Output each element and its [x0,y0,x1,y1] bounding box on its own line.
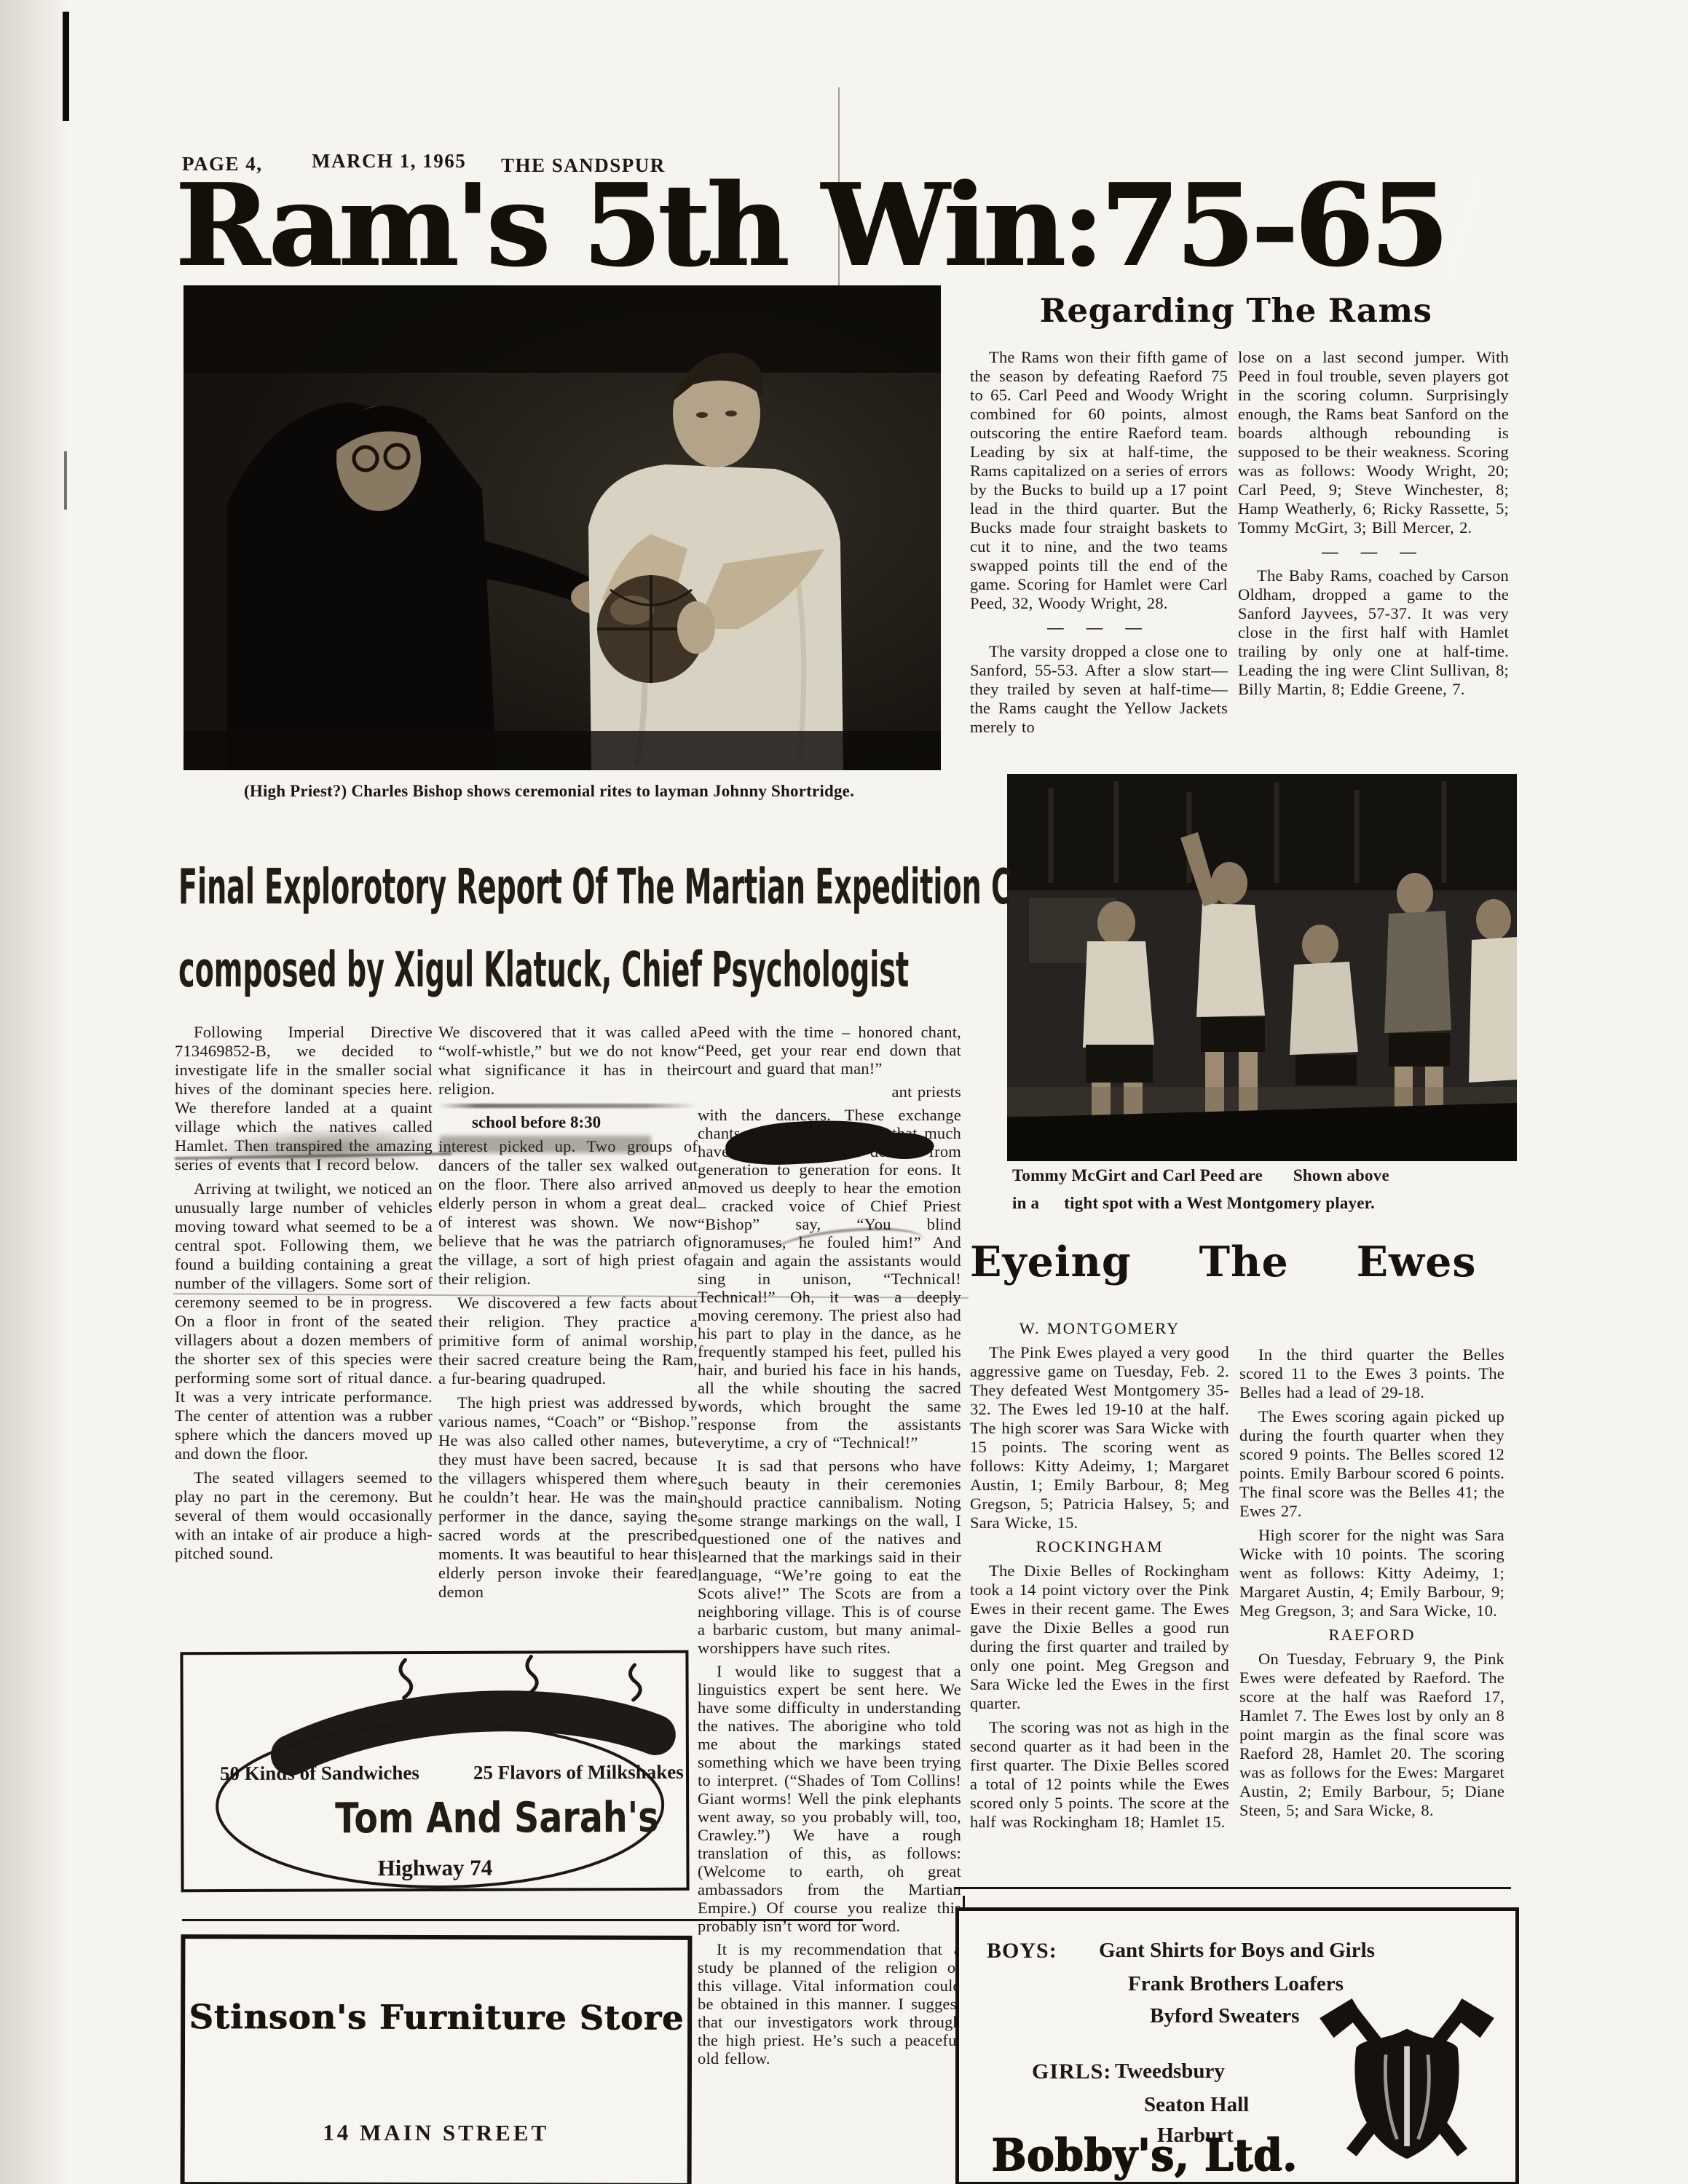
article-paragraph: The seated villagers seemed to play no p… [175,1468,433,1563]
ink-smudge [205,1123,446,1172]
ceremony-photo-caption: (High Priest?) Charles Bishop shows cere… [244,780,885,802]
article-paragraph: I would like to suggest that a linguisti… [698,1662,961,1935]
article-paragraph: It is sad that persons who have such bea… [698,1457,961,1657]
article-paragraph: On Tuesday, February 9, the Pink Ewes we… [1239,1650,1504,1820]
article-paragraph: lose on a last second jumper. With Peed … [1238,348,1509,537]
ink-smudge [440,1136,651,1153]
ceremony-photo-art [184,285,941,770]
inserted-note: school before 8:30 [438,1113,698,1132]
subhead-montgomery: W. MONTGOMERY [970,1319,1229,1338]
article-paragraph: The high priest was addressed by various… [438,1393,698,1602]
subhead-raeford: RAEFORD [1239,1626,1504,1645]
article-paragraph: The varsity dropped a close one to Sanfo… [970,642,1228,737]
article-paragraph: The scoring was not as high in the secon… [970,1718,1229,1832]
left-edge-shading [0,0,69,2184]
ink-smudge-rule [438,1104,698,1108]
scan-edge-mark [63,12,69,121]
stinsons-address: 14 MAIN STREET [185,2119,687,2147]
ewes-column-a: W. MONTGOMERY The Pink Ewes played a ver… [970,1319,1229,1837]
section-separator: — — — [970,618,1228,637]
martian-column-2: We discovered that it was called a “wolf… [438,1023,698,1607]
section-separator: — — — [1238,542,1509,561]
article-paragraph: The Pink Ewes played a very good aggress… [970,1343,1229,1532]
sandwiches-tagline: 50 Kinds of Sandwiches [220,1762,419,1785]
stinsons-furniture-ad: Stinson's Furniture Store 14 MAIN STREET [181,1934,693,2184]
basketball-photo-caption: Tommy McGirt and Carl Peed are Shown abo… [1012,1165,1522,1214]
smudged-line-fragment: ant priests [698,1083,961,1101]
scan-edge-mark-2 [64,451,67,510]
boys-item: Gant Shirts for Boys and Girls [1099,1939,1375,1963]
girls-item: Tweedsbury [1115,2060,1225,2084]
ewes-article-title: Eyeing The Ewes [970,1238,1476,1286]
crossed-sticks-crest [1301,1997,1513,2172]
article-paragraph: The Baby Rams, coached by Carson Oldham,… [1238,566,1509,699]
caption-text: Shown above [1293,1165,1389,1187]
milkshakes-tagline: 25 Flavors of Milkshakes [473,1761,684,1784]
article-paragraph: interest picked up. Two groups of dancer… [438,1137,698,1289]
scan-slash-artifact [1442,173,1486,282]
article-paragraph: Arriving at twilight, we noticed an unus… [175,1179,433,1463]
article-paragraph: Peed with the time – honored chant, “Pee… [698,1023,961,1077]
caption-text: in a [1012,1192,1039,1214]
martian-headline-line2: composed by Xigul Klatuck, Chief Psychol… [178,942,909,999]
subhead-rockingham: ROCKINGHAM [970,1538,1229,1556]
basketball-photo-art [1007,774,1517,1161]
main-headline: Ram's 5th Win:75-65 [175,169,1445,282]
article-paragraph: It is my recommendation that a study be … [698,1940,961,2068]
article-paragraph: We discovered that it was called a “wolf… [438,1023,698,1099]
tom-and-sarahs-ad: 50 Kinds of Sandwiches 25 Flavors of Mil… [180,1650,689,1892]
girls-item: Seaton Hall [1144,2093,1249,2117]
caption-text: Tommy McGirt and Carl Peed are [1012,1165,1263,1187]
bobbys-name: Bobby's, Ltd. [991,2129,1297,2181]
girls-label: GIRLS: [1032,2060,1111,2084]
tom-and-sarahs-name: Tom And Sarah's [335,1793,658,1843]
boys-item: Frank Brothers Loafers [1128,1972,1344,1996]
divider-rule [182,1919,863,1921]
bobbys-ltd-ad: BOYS: Gant Shirts for Boys and Girls Fra… [955,1907,1519,2184]
martian-headline-line1: Final Explorotory Report Of The Martian … [178,859,1011,916]
martian-column-3: Peed with the time – honored chant, “Pee… [698,1023,961,2073]
article-paragraph: The Ewes scoring again picked up during … [1239,1407,1504,1521]
rams-article-column-a: The Rams won their fifth game of the sea… [970,348,1228,742]
rams-article-title: Regarding The Rams [963,291,1509,330]
basketball-game-photo [1007,774,1517,1161]
caption-text: tight spot with a West Montgomery player… [1064,1192,1375,1214]
article-paragraph: High scorer for the night was Sara Wicke… [1239,1526,1504,1621]
article-paragraph: We discovered a few facts about their re… [438,1294,698,1388]
article-paragraph: The Rams won their fifth game of the sea… [970,348,1228,613]
ewes-column-b: In the third quarter the Belles scored 1… [1239,1345,1504,1825]
rams-article-column-b: lose on a last second jumper. With Peed … [1238,348,1509,704]
stinsons-name: Stinson's Furniture Store [185,1997,687,2038]
ceremony-photo [184,285,941,770]
boys-item: Byford Sweaters [1150,2004,1299,2028]
divider-rule [954,1887,1511,1889]
article-paragraph: The Dixie Belles of Rockingham took a 14… [970,1562,1229,1713]
article-paragraph: In the third quarter the Belles scored 1… [1239,1345,1504,1402]
tom-and-sarahs-address: Highway 74 [184,1854,686,1882]
newspaper-page: PAGE 4, MARCH 1, 1965 THE SANDSPUR Ram's… [0,0,1688,2184]
boys-label: BOYS: [987,1939,1057,1963]
